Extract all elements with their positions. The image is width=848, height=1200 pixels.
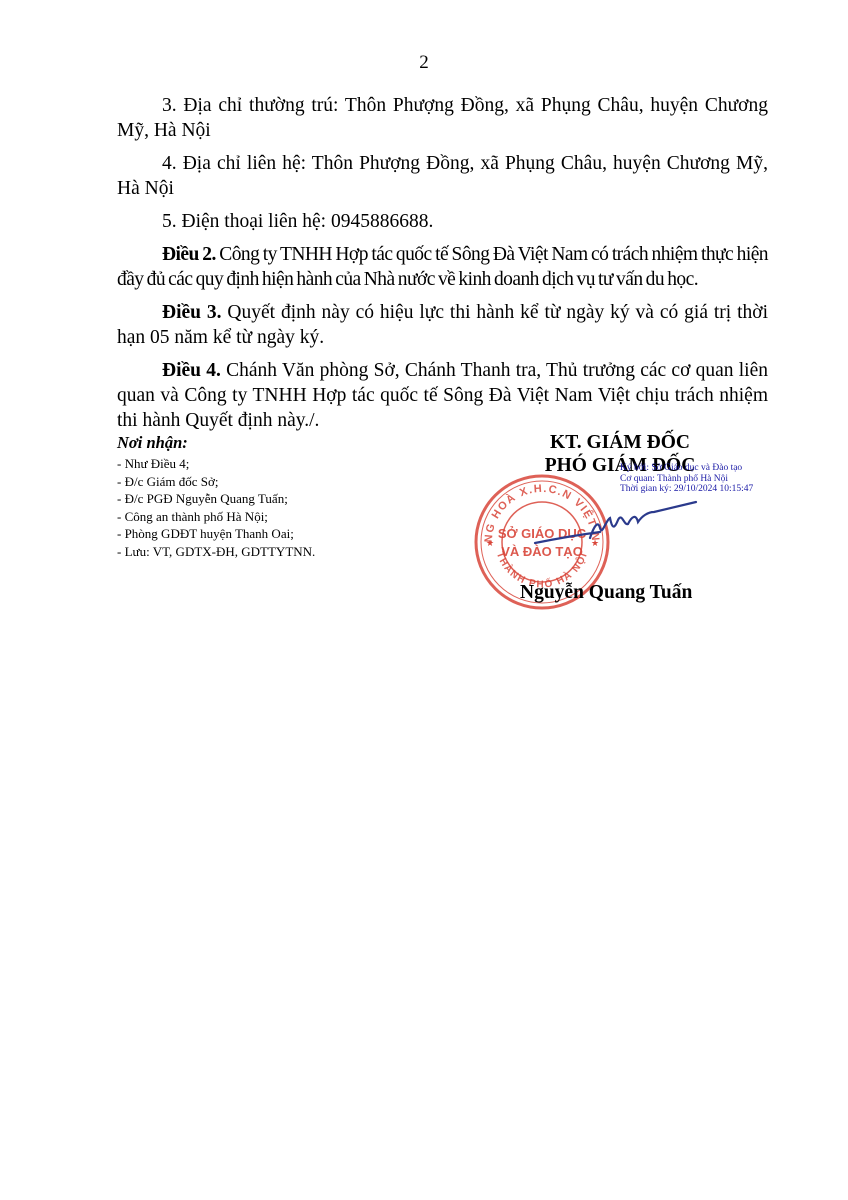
recipient-item: - Đ/c Giám đốc Sở; [117,473,417,491]
document-body: 3. Địa chỉ thường trú: Thôn Phượng Đồng,… [117,93,768,441]
paragraph-phone: 5. Điện thoại liên hệ: 0945886688. [117,209,768,234]
recipients-list: - Như Điều 4; - Đ/c Giám đốc Sở; - Đ/c P… [117,455,417,560]
recipient-item: - Phòng GDĐT huyện Thanh Oai; [117,525,417,543]
handwritten-signature [530,498,700,558]
paragraph-contact-address: 4. Địa chỉ liên hệ: Thôn Phượng Đồng, xã… [117,151,768,201]
digital-signature-signed-by: Ký bởi: Sở Giáo dục và Đào tạo [620,463,753,474]
signature-title-line1: KT. GIÁM ĐỐC [470,432,770,454]
digital-signature-time: Thời gian ký: 29/10/2024 10:15:47 [620,484,753,495]
article-label: Điều 3. [162,302,222,323]
digital-signature-info: Ký bởi: Sở Giáo dục và Đào tạo Cơ quan: … [620,463,753,495]
paragraph-text: 4. Địa chỉ liên hệ: Thôn Phượng Đồng, xã… [117,153,768,199]
article-label: Điều 2. [162,244,216,265]
signature-block: CỘNG HOÀ X.H.C.N VIỆT NAM THÀNH PHỐ HÀ N… [470,430,790,620]
digital-signature-agency: Cơ quan: Thành phố Hà Nội [620,474,753,485]
paragraph-text: 3. Địa chỉ thường trú: Thôn Phượng Đồng,… [117,95,768,141]
article-label: Điều 4. [162,360,221,381]
paragraph-text: 5. Điện thoại liên hệ: 0945886688. [162,211,433,232]
recipient-item: - Công an thành phố Hà Nội; [117,508,417,526]
page-number: 2 [0,52,848,74]
recipients-block: Nơi nhận: - Như Điều 4; - Đ/c Giám đốc S… [117,433,417,560]
paragraph-permanent-address: 3. Địa chỉ thường trú: Thôn Phượng Đồng,… [117,93,768,143]
signer-name: Nguyễn Quang Tuấn [520,582,692,604]
recipient-item: - Lưu: VT, GDTX-ĐH, GDTTYTNN. [117,543,417,561]
article-3: Điều 3. Quyết định này có hiệu lực thi h… [117,300,768,350]
recipient-item: - Như Điều 4; [117,455,417,473]
recipient-item: - Đ/c PGĐ Nguyễn Quang Tuấn; [117,490,417,508]
article-4: Điều 4. Chánh Văn phòng Sở, Chánh Thanh … [117,358,768,433]
article-2: Điều 2. Công ty TNHH Hợp tác quốc tế Sôn… [117,242,768,292]
recipients-title: Nơi nhận: [117,433,417,453]
svg-text:★: ★ [486,538,494,548]
